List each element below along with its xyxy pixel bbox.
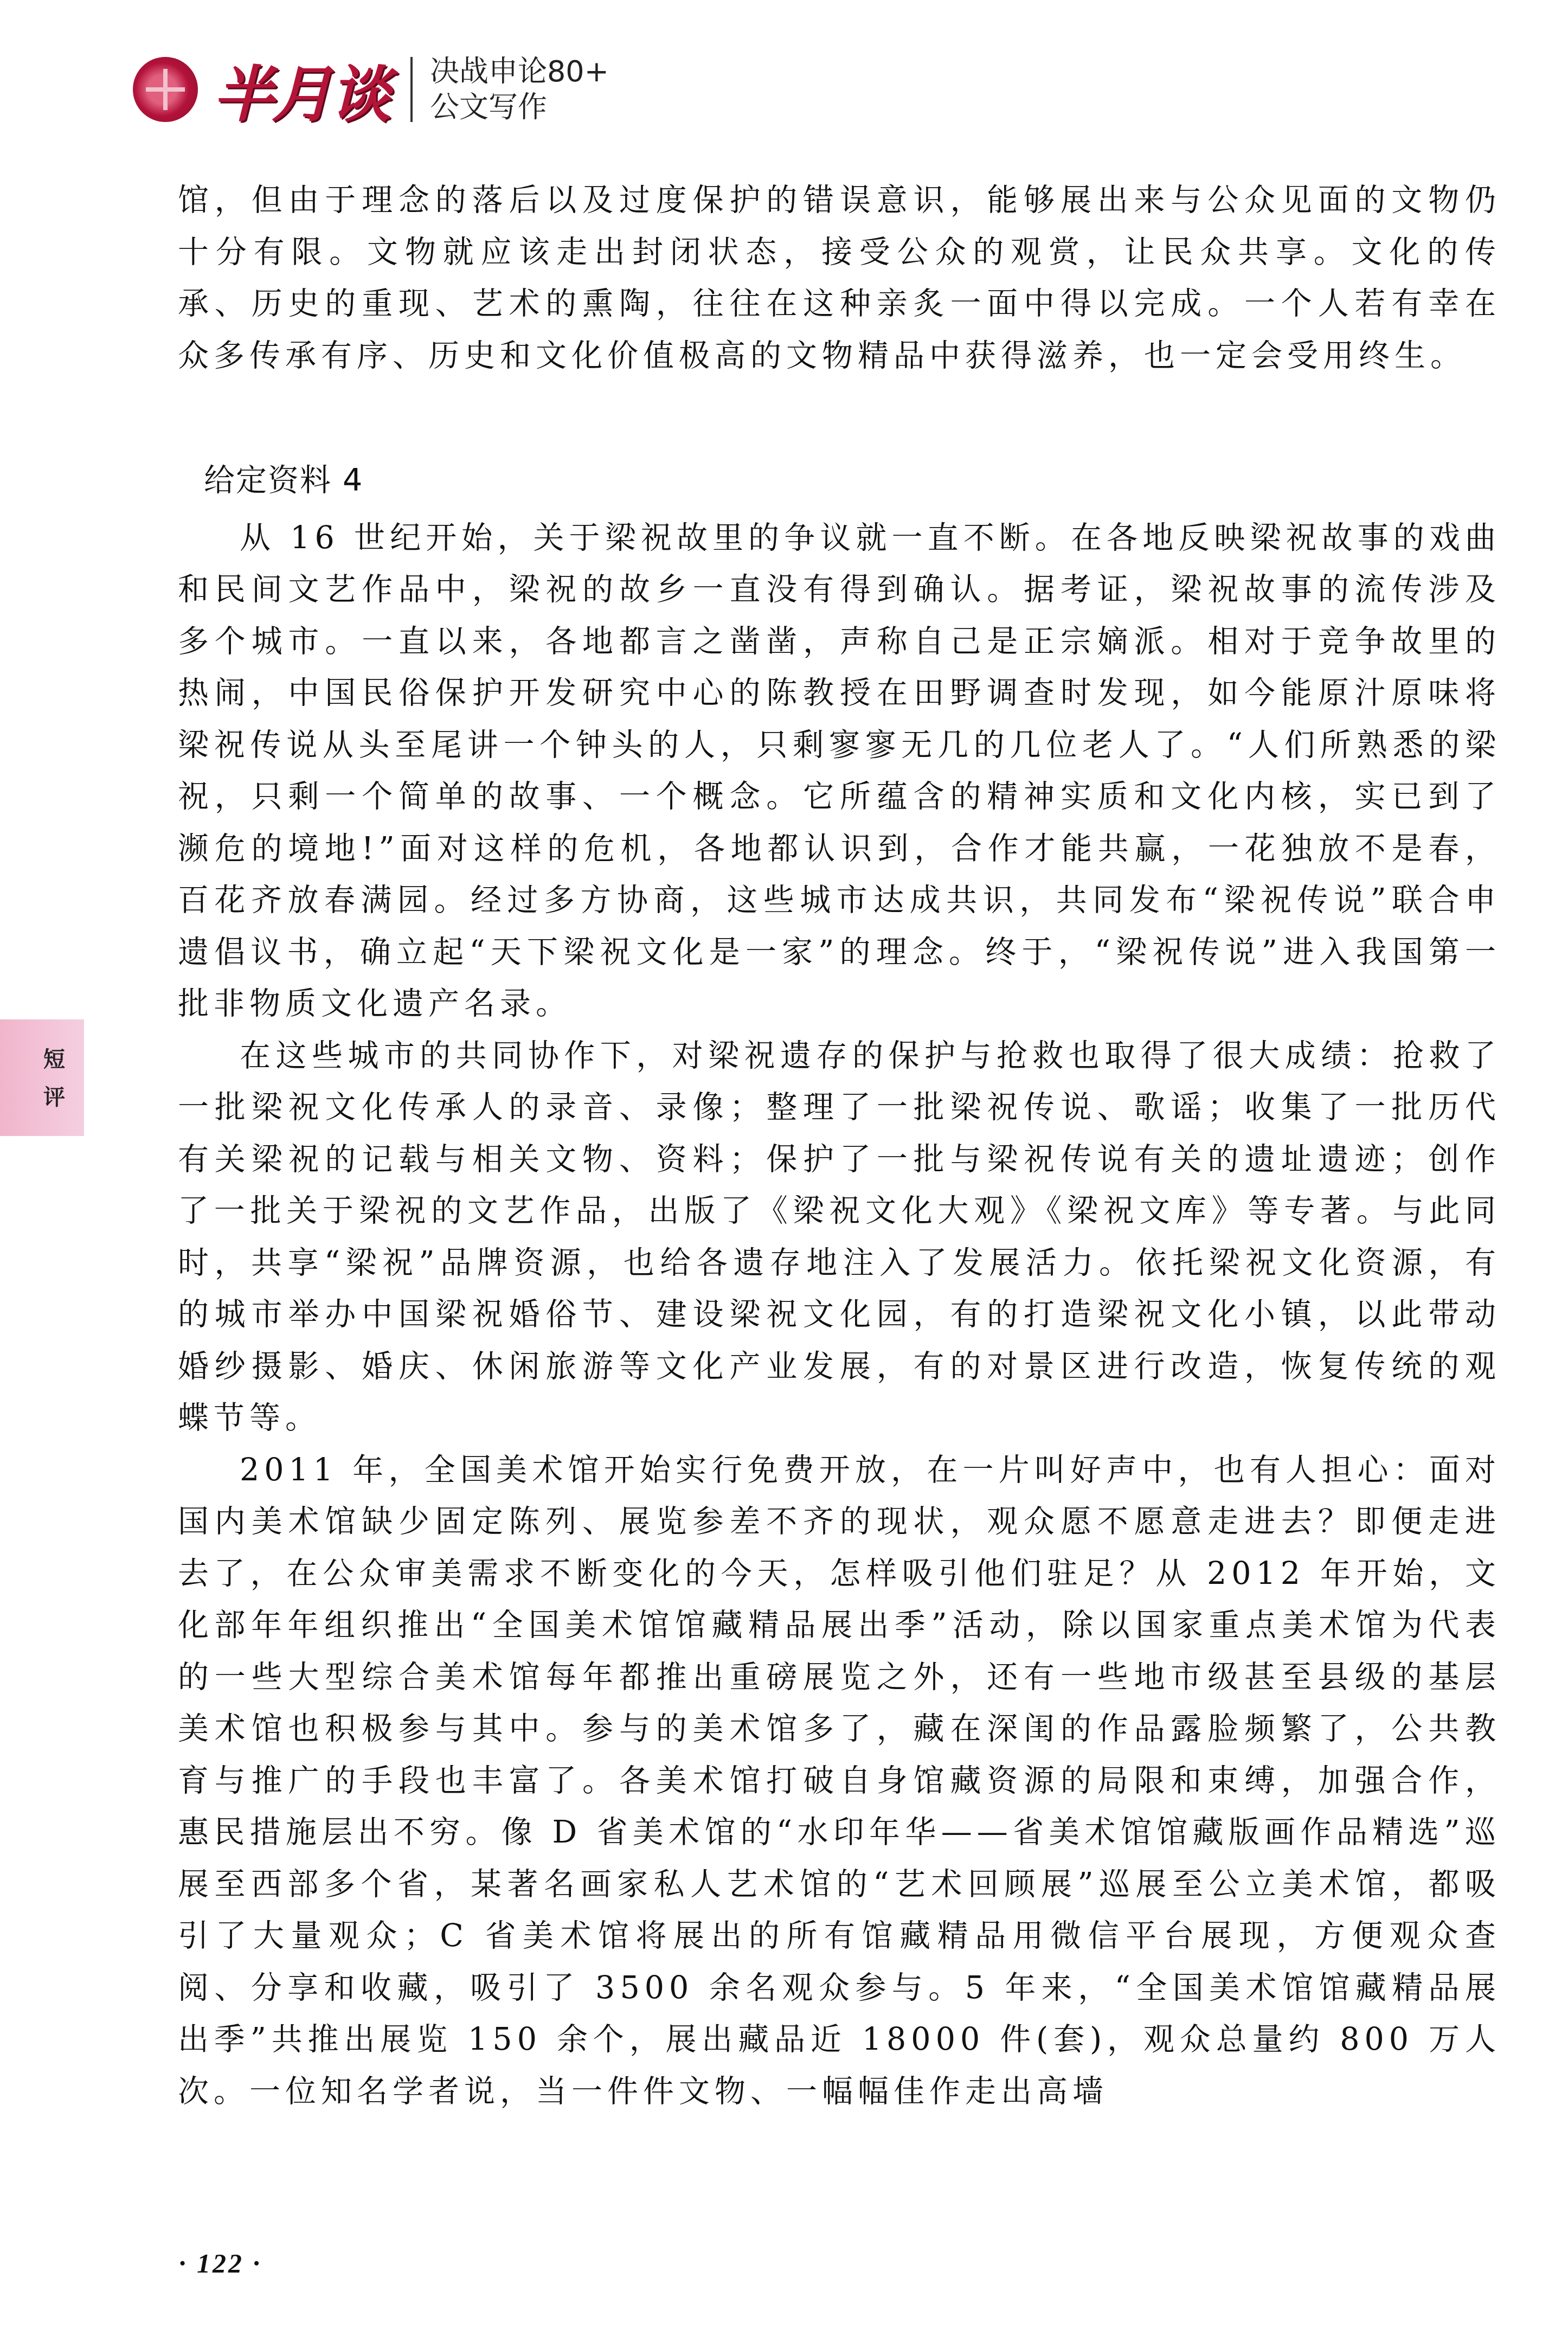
continued-paragraph: 馆，但由于理念的落后以及过度保护的错误意识，能够展出来与公众见面的文物仍十分有限… xyxy=(178,175,1501,382)
book-title-line2: 公文写作 xyxy=(430,89,609,125)
section-heading: 给定资料 4 xyxy=(178,455,1501,507)
book-title-line1: 决战申论80+ xyxy=(430,54,609,89)
page-header: 半月谈 决战申论80+ 公文写作 xyxy=(133,52,609,127)
paragraph-3: 2011 年，全国美术馆开始实行免费开放，在一片叫好声中，也有人担心：面对国内美… xyxy=(178,1445,1501,2118)
side-tab-char-2: 评 xyxy=(43,1080,65,1111)
paragraph-1: 从 16 世纪开始，关于梁祝故里的争议就一直不断。在各地反映梁祝故事的戏曲和民间… xyxy=(178,512,1501,1030)
paragraph-2: 在这些城市的共同协作下，对梁祝遗存的保护与抢救也取得了很大成绩：抢救了一批梁祝文… xyxy=(178,1030,1501,1445)
side-tab-char-1: 短 xyxy=(43,1042,65,1073)
header-divider xyxy=(410,57,413,122)
brand-name: 半月谈 xyxy=(213,46,389,133)
book-title: 决战申论80+ 公文写作 xyxy=(430,54,609,125)
page-number: · 122 · xyxy=(179,2248,262,2279)
brand-logo-icon xyxy=(133,57,198,122)
section-side-tab: 短 评 xyxy=(0,1019,84,1136)
page-body: 馆，但由于理念的落后以及过度保护的错误意识，能够展出来与公众见面的文物仍十分有限… xyxy=(178,175,1501,2117)
